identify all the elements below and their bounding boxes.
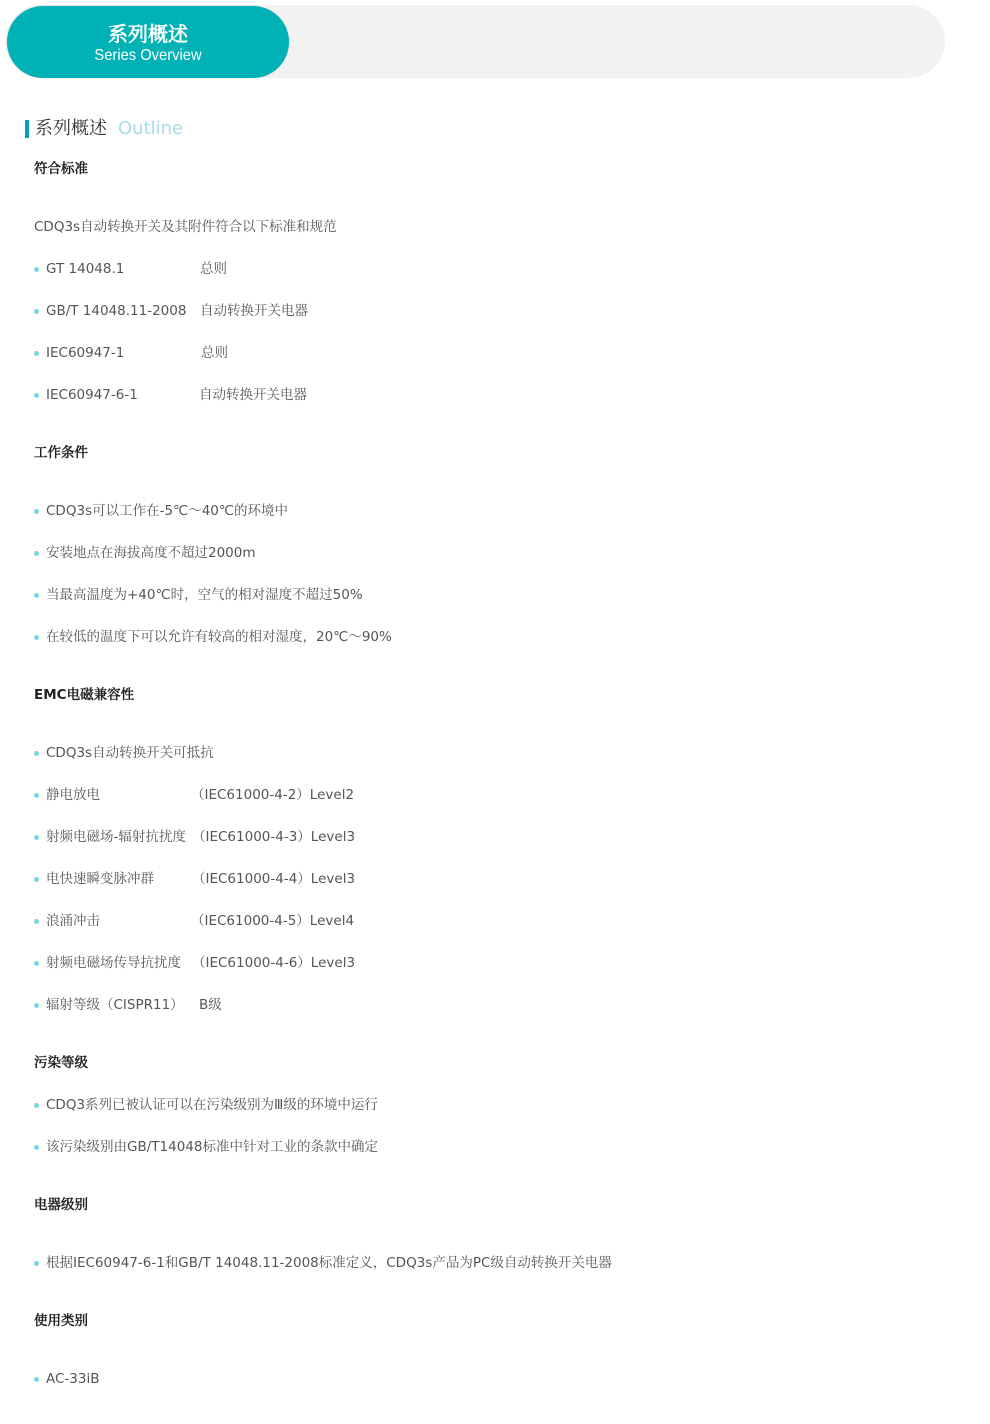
banner-tab-series-overview[interactable]: 系列概述 Series Overview (7, 6, 289, 78)
section-title-cn: 系列概述 (35, 117, 107, 141)
emc-test-name: 静电放电 (46, 785, 100, 805)
emc-test-standard: （IEC61000-4-6）Level3 (192, 953, 355, 973)
usage-category-text: AC-33iB (46, 1369, 100, 1389)
emc-intro: CDQ3s自动转换开关可抵抗 (46, 743, 214, 763)
section-heading: 系列概述 Outline (25, 117, 183, 141)
bullet-dot-icon (34, 961, 39, 966)
emc-test-standard: （IEC61000-4-5）Level4 (191, 911, 354, 931)
bullet-dot-icon (34, 793, 39, 798)
bullet-dot-icon (34, 1003, 39, 1008)
bullet-dot-icon (34, 509, 39, 514)
bullet-dot-icon (34, 835, 39, 840)
emc-test-standard: （IEC61000-4-2）Level2 (191, 785, 354, 805)
bullet-dot-icon (34, 393, 39, 398)
emc-heading: EMC电磁兼容性 (34, 685, 134, 705)
standard-code: IEC60947-1 (46, 343, 124, 363)
bullet-dot-icon (34, 751, 39, 756)
usage-category-heading: 使用类别 (34, 1311, 88, 1331)
bullet-dot-icon (34, 919, 39, 924)
standards-intro: CDQ3s自动转换开关及其附件符合以下标准和规范 (34, 217, 337, 237)
banner-title-cn: 系列概述 (7, 23, 289, 45)
emc-test-standard: （IEC61000-4-3）Level3 (192, 827, 355, 847)
bullet-dot-icon (34, 309, 39, 314)
pollution-text: 该污染级别由GB/T14048标准中针对工业的条款中确定 (46, 1137, 378, 1157)
working-conditions-heading: 工作条件 (34, 443, 88, 463)
condition-text: 当最高温度为+40℃时，空气的相对湿度不超过50% (46, 585, 363, 605)
standard-desc: 自动转换开关电器 (199, 385, 307, 405)
standard-desc: 自动转换开关电器 (200, 301, 308, 321)
condition-text: CDQ3s可以工作在-5℃～40℃的环境中 (46, 501, 288, 521)
bullet-dot-icon (34, 351, 39, 356)
heading-accent-bar (25, 120, 29, 138)
bullet-dot-icon (34, 635, 39, 640)
condition-text: 安装地点在海拔高度不超过2000m (46, 543, 256, 563)
section-title-en: Outline (118, 117, 183, 141)
condition-text: 在较低的温度下可以允许有较高的相对湿度，20℃～90% (46, 627, 392, 647)
standard-code: GT 14048.1 (46, 259, 124, 279)
pollution-text: CDQ3系列已被认证可以在污染级别为Ⅲ级的环境中运行 (46, 1095, 378, 1115)
appliance-class-text: 根据IEC60947-6-1和GB/T 14048.11-2008标准定义，CD… (46, 1253, 612, 1273)
emc-test-name: 浪涌冲击 (46, 911, 100, 931)
banner-title-en: Series Overview (18, 47, 277, 65)
bullet-dot-icon (34, 551, 39, 556)
bullet-dot-icon (34, 877, 39, 882)
bullet-dot-icon (34, 1103, 39, 1108)
standards-heading: 符合标准 (34, 159, 88, 179)
emc-test-name: 辐射等级（CISPR11） (46, 995, 184, 1015)
bullet-dot-icon (34, 267, 39, 272)
emc-test-name: 射频电磁场-辐射抗扰度 (46, 827, 186, 847)
standard-desc: 总则 (201, 343, 228, 363)
bullet-dot-icon (34, 1261, 39, 1266)
emc-test-name: 射频电磁场传导抗扰度 (46, 953, 181, 973)
emc-test-standard: （IEC61000-4-4）Level3 (192, 869, 355, 889)
bullet-dot-icon (34, 593, 39, 598)
emc-test-standard: B级 (199, 995, 222, 1015)
pollution-heading: 污染等级 (34, 1053, 88, 1073)
bullet-dot-icon (34, 1145, 39, 1150)
standard-code: GB/T 14048.11-2008 (46, 301, 186, 321)
standard-code: IEC60947-6-1 (46, 385, 138, 405)
standard-desc: 总则 (200, 259, 227, 279)
emc-test-name: 电快速瞬变脉冲群 (46, 869, 154, 889)
bullet-dot-icon (34, 1377, 39, 1382)
appliance-class-heading: 电器级别 (34, 1195, 88, 1215)
